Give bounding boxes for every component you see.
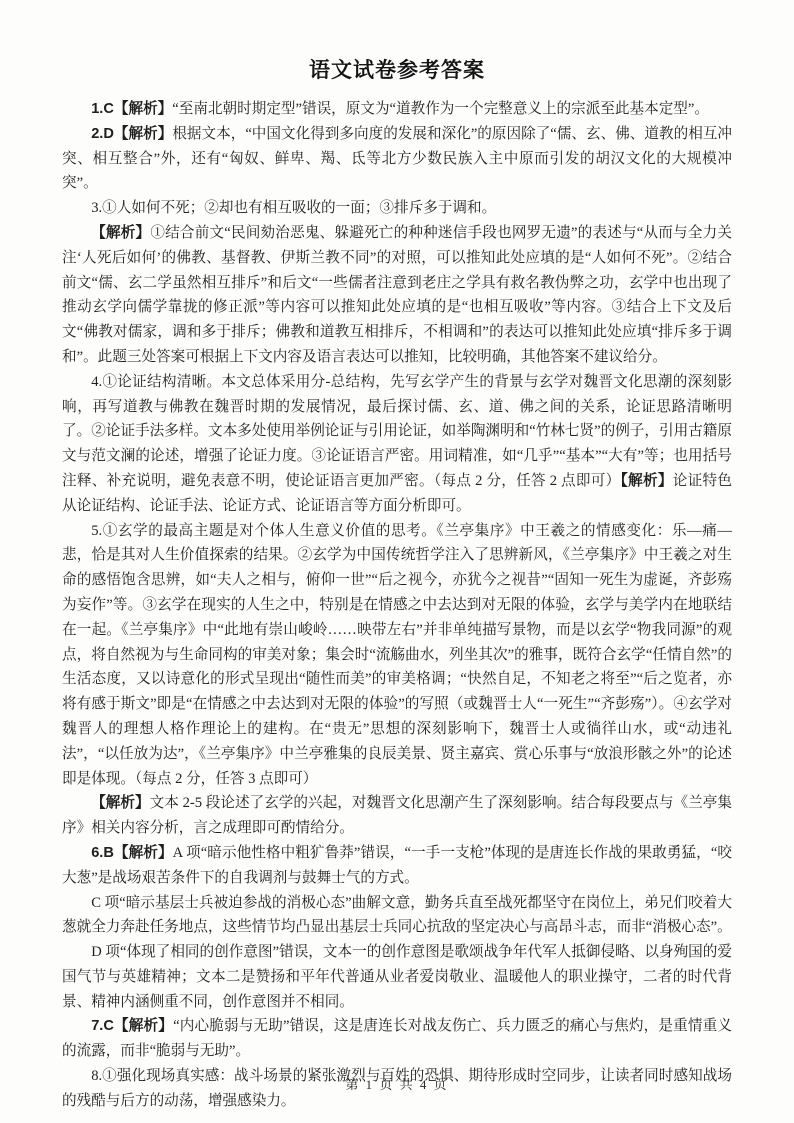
analysis-label: 6.B【解析】 [91,845,172,861]
answer-text: “至南北朝时期定型”错误，原文为“道教作为一个完整意义上的宗派至此基本定型”。 [172,101,709,117]
answer-body: 1.C【解析】“至南北朝时期定型”错误，原文为“道教作为一个完整意义上的宗派至此… [62,97,732,1114]
analysis-label: 1.C【解析】 [91,101,172,117]
answer-text: 3.①人如何不死；②却也有相互吸收的一面；③排斥多于调和。 [91,200,496,216]
answer-text: D 项“体现了相同的创作意图”错误，文本一的创作意图是歌颂战争年代军人抵御侵略、… [62,944,732,1010]
answer-paragraph: C 项“暗示基层士兵被迫参战的消极心态”曲解文意，勤务兵直至战死都坚守在岗位上，… [62,891,732,941]
answer-paragraph: 1.C【解析】“至南北朝时期定型”错误，原文为“道教作为一个完整意义上的宗派至此… [62,97,732,122]
answer-paragraph: 5.①玄学的最高主题是对个体人生意义价值的思考。《兰亭集序》中王羲之的情感变化：… [62,519,732,792]
answer-paragraph: 2.D【解析】根据文本，“中国文化得到多向度的发展和深化”的原因除了“儒、玄、佛… [62,122,732,196]
analysis-label: 【解析】 [91,795,149,811]
answer-text: C 项“暗示基层士兵被迫参战的消极心态”曲解文意，勤务兵直至战死都坚守在岗位上，… [62,895,732,936]
answer-text: 4.①论证结构清晰。本文总体采用分-总结构，先写玄学产生的背景与玄学对魏晋文化思… [62,374,732,489]
answer-paragraph: D 项“体现了相同的创作意图”错误，文本一的创作意图是歌颂战争年代军人抵御侵略、… [62,940,732,1014]
answer-paragraph: 6.B【解析】A 项“暗示他性格中粗犷鲁莽”错误，“一手一支枪”体现的是唐连长作… [62,841,732,891]
page-number: 第 1 页 共 4 页 [345,1077,448,1092]
analysis-label: 【解析】 [91,225,150,241]
page-footer: 第 1 页 共 4 页 [0,1074,794,1093]
answer-paragraph: 4.①论证结构清晰。本文总体采用分-总结构，先写玄学产生的背景与玄学对魏晋文化思… [62,370,732,519]
analysis-label: 7.C【解析】 [91,1018,173,1034]
answer-paragraph: 【解析】①结合前文“民间劾治恶鬼、躲避死亡的种种迷信手段也网罗无遗”的表述与“从… [62,221,732,370]
page-title: 语文试卷参考答案 [62,54,732,84]
document-page: 语文试卷参考答案 1.C【解析】“至南北朝时期定型”错误，原文为“道教作为一个完… [0,0,794,1123]
answer-text: 文本 2-5 段论述了玄学的兴起，对魏晋文化思潮产生了深刻影响。结合每段要点与《… [62,795,732,836]
answer-paragraph: 7.C【解析】“内心脆弱与无助”错误，这是唐连长对战友伤亡、兵力匮乏的痛心与焦灼… [62,1014,732,1064]
answer-text: ①结合前文“民间劾治恶鬼、躲避死亡的种种迷信手段也网罗无遗”的表述与“从而与全力… [62,225,732,365]
analysis-label: 2.D【解析】 [91,126,172,142]
answer-paragraph: 【解析】文本 2-5 段论述了玄学的兴起，对魏晋文化思潮产生了深刻影响。结合每段… [62,791,732,841]
analysis-label: 【解析】 [621,473,673,489]
answer-text: 5.①玄学的最高主题是对个体人生意义价值的思考。《兰亭集序》中王羲之的情感变化：… [62,523,732,787]
answer-paragraph: 3.①人如何不死；②却也有相互吸收的一面；③排斥多于调和。 [62,196,732,221]
